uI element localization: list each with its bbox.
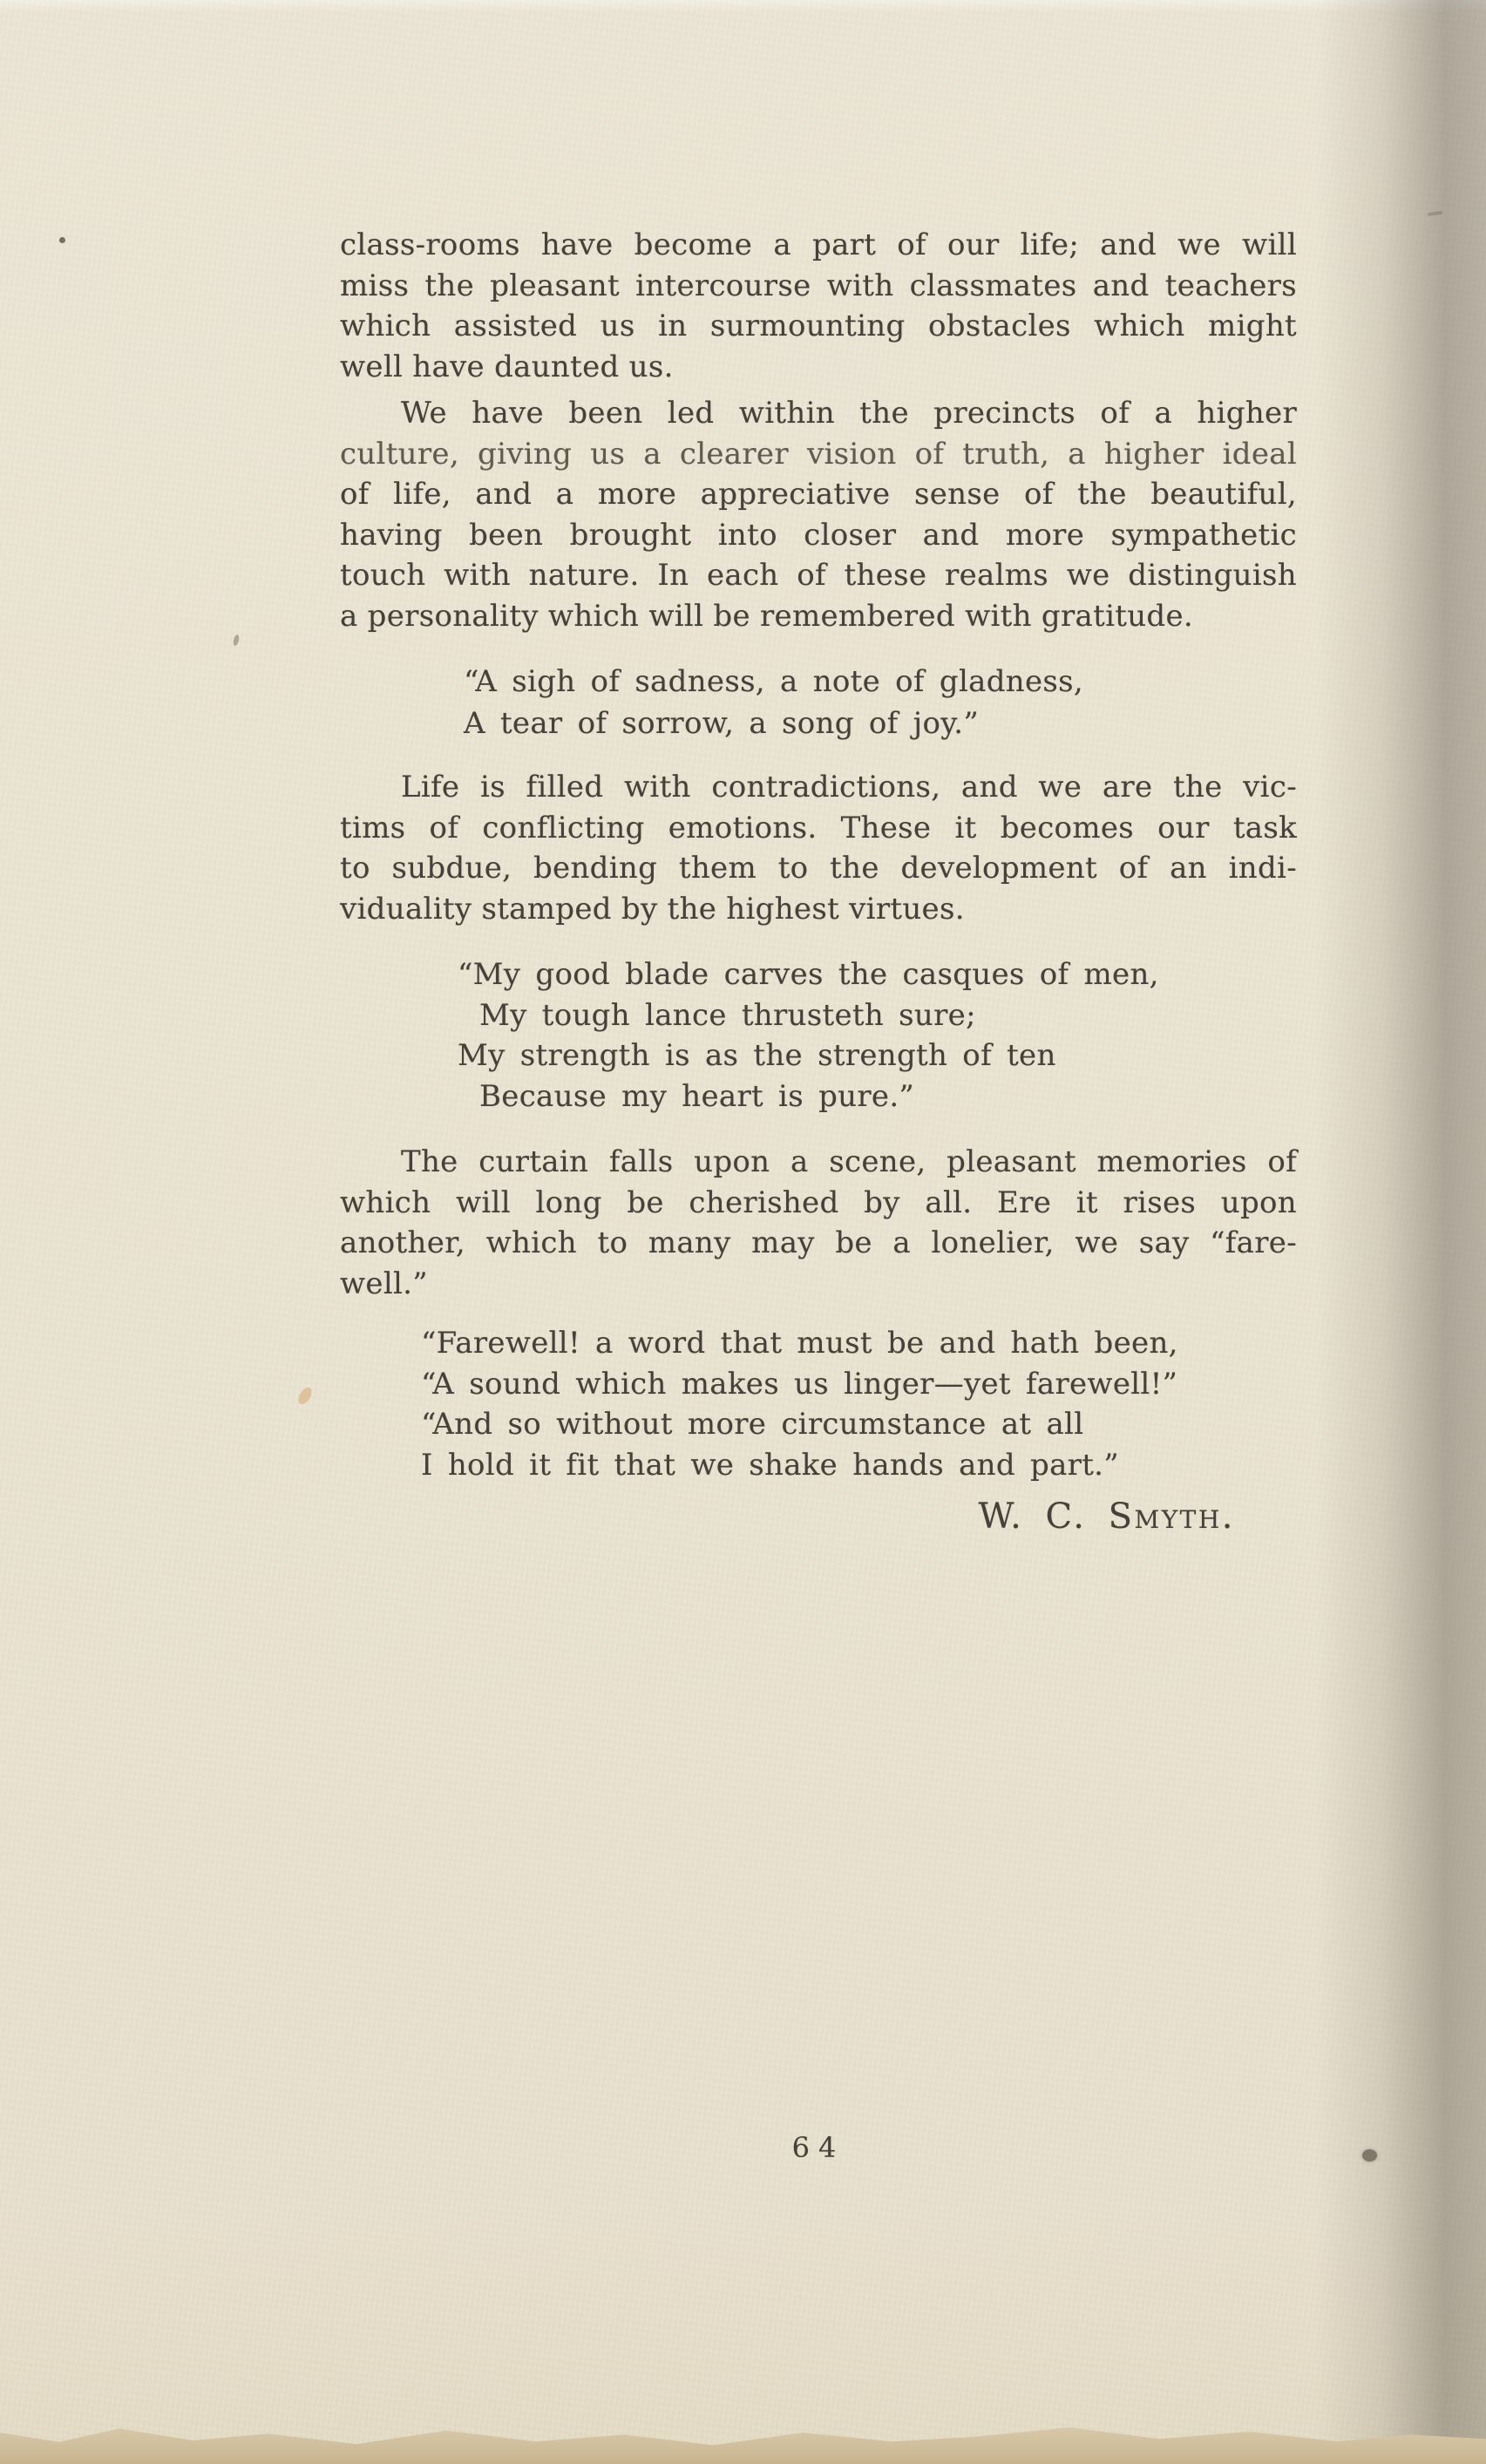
text-line: which assisted us in surmounting obstacl… bbox=[340, 306, 1297, 347]
text-line: well have daunted us. bbox=[340, 347, 1297, 388]
page-top-highlight bbox=[0, 0, 1486, 12]
page-number: 64 bbox=[340, 2131, 1297, 2164]
paragraph: class-rooms have become a part of our li… bbox=[340, 225, 1297, 387]
text-line: class-rooms have become a part of our li… bbox=[340, 225, 1297, 266]
text-line: a personality which will be remembered w… bbox=[340, 596, 1297, 637]
text-block: class-rooms have become a part of our li… bbox=[340, 225, 1297, 1538]
paper-smudge bbox=[1428, 211, 1442, 216]
paper-speck bbox=[233, 634, 241, 646]
verse-line: “A sound which makes us linger—yet farew… bbox=[421, 1364, 1297, 1405]
text-line: touch with nature. In each of these real… bbox=[340, 555, 1297, 596]
text-line: miss the pleasant intercourse with class… bbox=[340, 266, 1297, 307]
text-line: We have been led within the precincts of… bbox=[340, 393, 1297, 434]
text-line: culture, giving us a clearer vision of t… bbox=[340, 434, 1297, 475]
verse-quote: “Farewell! a word that must be and hath … bbox=[421, 1323, 1297, 1485]
paragraph: The curtain falls upon a scene, pleasant… bbox=[340, 1142, 1297, 1304]
verse-line: My tough lance thrusteth sure; bbox=[479, 995, 1297, 1036]
text-line: of life, and a more appreciative sense o… bbox=[340, 474, 1297, 515]
paper-speck bbox=[59, 237, 65, 243]
text-line: to subdue, bending them to the developme… bbox=[340, 848, 1297, 889]
verse-line: I hold it fit that we shake hands and pa… bbox=[421, 1445, 1297, 1486]
text-line: tims of conflicting emotions. These it b… bbox=[340, 808, 1297, 849]
verse-line: My strength is as the strength of ten bbox=[458, 1035, 1297, 1076]
verse-line: “A sigh of sadness, a note of gladness, bbox=[464, 661, 1297, 703]
paragraph: Life is filled with contradictions, and … bbox=[340, 767, 1297, 929]
verse-line: “And so without more circumstance at all bbox=[421, 1404, 1297, 1445]
scanned-book-page: class-rooms have become a part of our li… bbox=[0, 0, 1486, 2464]
text-line: which will long be cherished by all. Ere… bbox=[340, 1183, 1297, 1224]
text-line: well.” bbox=[340, 1264, 1297, 1305]
paper-speck bbox=[1362, 2149, 1377, 2162]
text-line: Life is filled with contradictions, and … bbox=[340, 767, 1297, 808]
text-line: another, which to many may be a lonelier… bbox=[340, 1223, 1297, 1264]
author-signature: W. C. Smyth. bbox=[340, 1495, 1297, 1538]
verse-line: “Farewell! a word that must be and hath … bbox=[421, 1323, 1297, 1364]
verse-line: “My good blade carves the casques of men… bbox=[458, 954, 1297, 995]
paper-speck bbox=[295, 1385, 314, 1406]
verse-quote: “My good blade carves the casques of men… bbox=[458, 954, 1297, 1117]
verse-line: Because my heart is pure.” bbox=[479, 1076, 1297, 1117]
paragraph: We have been led within the precincts of… bbox=[340, 393, 1297, 636]
verse-quote: “A sigh of sadness, a note of gladness, … bbox=[464, 661, 1297, 744]
verse-line: A tear of sorrow, a song of joy.” bbox=[464, 703, 1297, 744]
text-line: having been brought into closer and more… bbox=[340, 515, 1297, 556]
text-line: The curtain falls upon a scene, pleasant… bbox=[340, 1142, 1297, 1183]
deckle-edge bbox=[0, 2412, 1486, 2464]
text-line: viduality stamped by the highest virtues… bbox=[340, 889, 1297, 930]
